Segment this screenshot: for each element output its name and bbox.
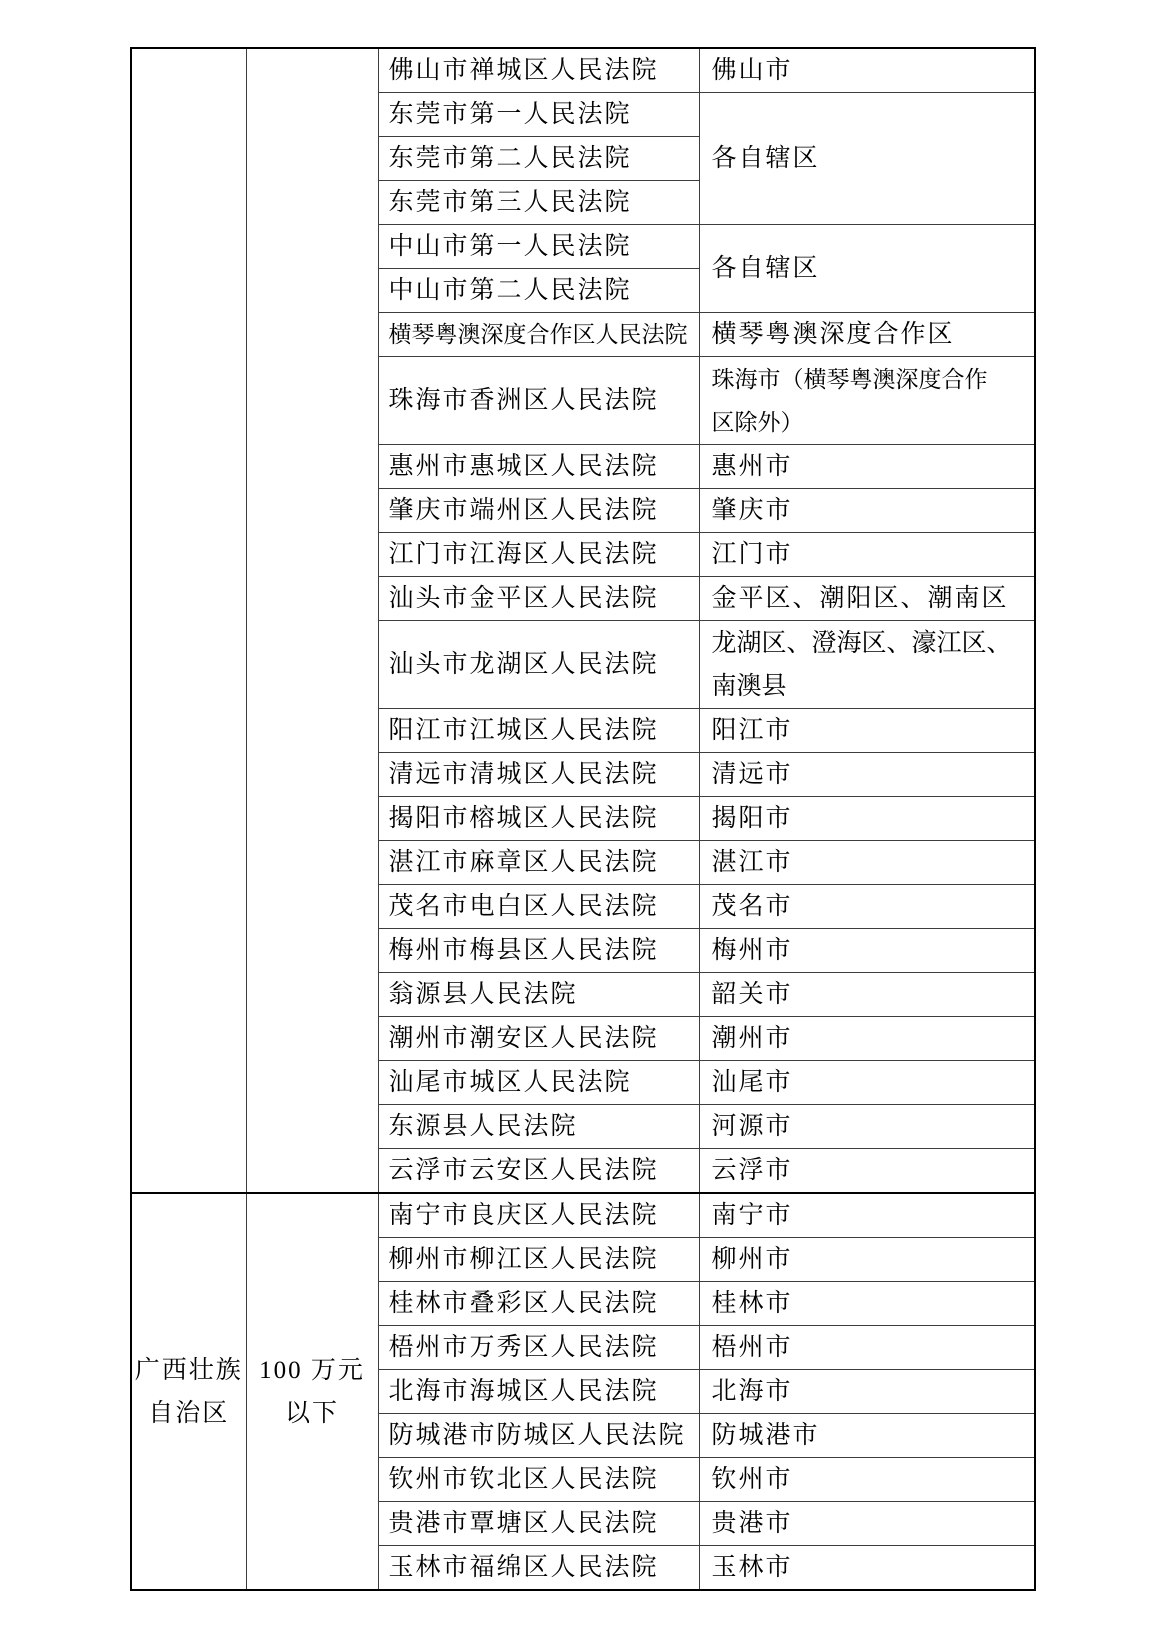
court-cell: 茂名市电白区人民法院 [378,885,699,929]
jurisdiction-cell: 惠州市 [699,445,1035,489]
court-cell: 湛江市麻章区人民法院 [378,841,699,885]
jurisdiction-line: 区除外） [712,401,1035,444]
jurisdiction-cell: 肇庆市 [699,489,1035,533]
court-cell: 防城港市防城区人民法院 [378,1414,699,1458]
court-cell: 汕头市金平区人民法院 [378,577,699,621]
amount-cell [246,48,378,1193]
court-cell: 东源县人民法院 [378,1105,699,1149]
jurisdiction-cell: 韶关市 [699,973,1035,1017]
province-line: 广西壮族 [132,1349,246,1392]
jurisdiction-cell: 云浮市 [699,1149,1035,1194]
document-page: 佛山市禅城区人民法院 佛山市 东莞市第一人民法院 各自辖区 东莞市第二人民法院 … [0,0,1149,1626]
court-cell: 潮州市潮安区人民法院 [378,1017,699,1061]
province-cell [131,48,246,1193]
court-cell: 江门市江海区人民法院 [378,533,699,577]
court-cell: 汕头市龙湖区人民法院 [378,621,699,709]
table-section-guangxi: 广西壮族 自治区 100 万元 以下 南宁市良庆区人民法院 南宁市 柳州市柳江区… [131,1193,1035,1590]
jurisdiction-line: 龙湖区、澄海区、濠江区、 [712,622,1035,665]
jurisdiction-cell: 梧州市 [699,1326,1035,1370]
amount-line: 以下 [247,1392,378,1435]
jurisdiction-cell: 钦州市 [699,1458,1035,1502]
jurisdiction-cell: 梅州市 [699,929,1035,973]
jurisdiction-cell: 北海市 [699,1370,1035,1414]
court-cell: 东莞市第三人民法院 [378,181,699,225]
court-cell: 中山市第一人民法院 [378,225,699,269]
court-cell: 清远市清城区人民法院 [378,753,699,797]
amount-line: 100 万元 [247,1349,378,1392]
court-cell: 揭阳市榕城区人民法院 [378,797,699,841]
amount-cell: 100 万元 以下 [246,1193,378,1590]
jurisdiction-cell: 贵港市 [699,1502,1035,1546]
jurisdiction-cell: 江门市 [699,533,1035,577]
jurisdiction-cell: 南宁市 [699,1193,1035,1238]
court-cell: 贵港市覃塘区人民法院 [378,1502,699,1546]
table-section-1: 佛山市禅城区人民法院 佛山市 东莞市第一人民法院 各自辖区 东莞市第二人民法院 … [131,48,1035,1193]
jurisdiction-line: 珠海市（横琴粤澳深度合作 [712,358,1035,401]
table-row: 佛山市禅城区人民法院 佛山市 [131,48,1035,93]
jurisdiction-cell: 潮州市 [699,1017,1035,1061]
jurisdiction-cell: 桂林市 [699,1282,1035,1326]
court-cell: 南宁市良庆区人民法院 [378,1193,699,1238]
province-cell: 广西壮族 自治区 [131,1193,246,1590]
jurisdiction-cell: 金平区、潮阳区、潮南区 [699,577,1035,621]
court-cell: 阳江市江城区人民法院 [378,709,699,753]
court-cell: 梅州市梅县区人民法院 [378,929,699,973]
court-cell: 桂林市叠彩区人民法院 [378,1282,699,1326]
jurisdiction-line: 南澳县 [712,665,1035,708]
court-cell: 珠海市香洲区人民法院 [378,357,699,445]
jurisdiction-cell: 茂名市 [699,885,1035,929]
court-cell: 汕尾市城区人民法院 [378,1061,699,1105]
jurisdiction-cell: 湛江市 [699,841,1035,885]
court-cell: 肇庆市端州区人民法院 [378,489,699,533]
jurisdiction-cell: 龙湖区、澄海区、濠江区、 南澳县 [699,621,1035,709]
jurisdiction-cell: 汕尾市 [699,1061,1035,1105]
court-cell: 梧州市万秀区人民法院 [378,1326,699,1370]
jurisdiction-cell: 珠海市（横琴粤澳深度合作 区除外） [699,357,1035,445]
jurisdiction-cell: 阳江市 [699,709,1035,753]
jurisdiction-cell: 各自辖区 [699,225,1035,313]
jurisdiction-cell: 佛山市 [699,48,1035,93]
jurisdiction-cell: 玉林市 [699,1546,1035,1591]
court-cell: 横琴粤澳深度合作区人民法院 [378,313,699,357]
jurisdiction-cell: 横琴粤澳深度合作区 [699,313,1035,357]
court-jurisdiction-table: 佛山市禅城区人民法院 佛山市 东莞市第一人民法院 各自辖区 东莞市第二人民法院 … [130,47,1036,1591]
table-row: 广西壮族 自治区 100 万元 以下 南宁市良庆区人民法院 南宁市 [131,1193,1035,1238]
province-line: 自治区 [132,1392,246,1435]
court-cell: 北海市海城区人民法院 [378,1370,699,1414]
jurisdiction-cell: 柳州市 [699,1238,1035,1282]
court-cell: 柳州市柳江区人民法院 [378,1238,699,1282]
court-cell: 翁源县人民法院 [378,973,699,1017]
jurisdiction-cell: 揭阳市 [699,797,1035,841]
court-cell: 中山市第二人民法院 [378,269,699,313]
court-cell: 钦州市钦北区人民法院 [378,1458,699,1502]
court-cell: 云浮市云安区人民法院 [378,1149,699,1194]
jurisdiction-cell: 清远市 [699,753,1035,797]
court-cell: 佛山市禅城区人民法院 [378,48,699,93]
court-cell: 玉林市福绵区人民法院 [378,1546,699,1591]
jurisdiction-cell: 防城港市 [699,1414,1035,1458]
court-cell: 惠州市惠城区人民法院 [378,445,699,489]
court-cell: 东莞市第二人民法院 [378,137,699,181]
jurisdiction-cell: 河源市 [699,1105,1035,1149]
jurisdiction-cell: 各自辖区 [699,93,1035,225]
court-cell: 东莞市第一人民法院 [378,93,699,137]
